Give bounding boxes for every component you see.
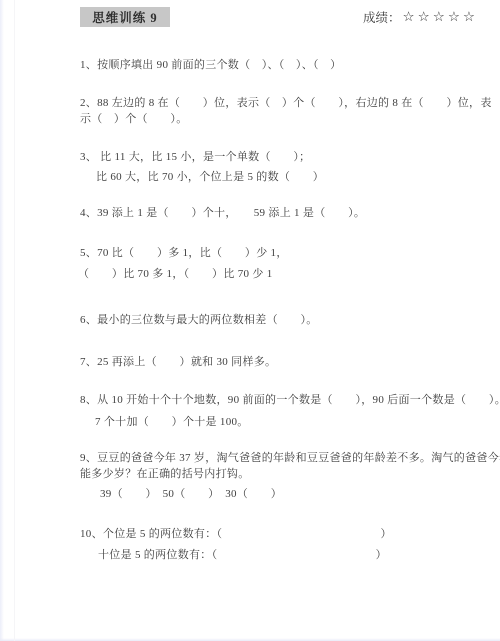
- question-10-line-2: 十位是 5 的两位数有：（ ）: [98, 548, 387, 562]
- score-label: 成绩：: [363, 8, 401, 26]
- scan-edge-left: [0, 0, 4, 641]
- score-area: 成绩：☆☆☆☆☆: [363, 8, 478, 26]
- question-10-line-1: 10、个位是 5 的两位数有：（ ）: [80, 527, 392, 541]
- question-3-line-1: 3、 比 11 大，比 15 小，是一个单数（ ）；: [80, 150, 310, 164]
- question-2-line-1: 2、88 左边的 8 在（ ）位，表示（ ）个（ ），右边的 8 在（ ）位，表: [80, 96, 492, 110]
- question-9-line-1: 9、豆豆的爸爸今年 37 岁，淘气爸爸的年龄和豆豆爸爸的年龄差不多。淘气的爸爸今…: [80, 451, 500, 465]
- question-8-line-1: 8、从 10 开始十个十个地数，90 前面的一个数是（ ），90 后面一个数是（…: [80, 393, 500, 407]
- question-4-line-1: 4、39 添上 1 是（ ）个十， 59 添上 1 是（ ）。: [80, 206, 365, 220]
- question-1-line-1: 1、按顺序填出 90 前面的三个数（ ）、（ ）、（ ）: [80, 58, 341, 72]
- question-9-line-2: 能多少岁？在正确的括号内打钩。: [80, 467, 250, 481]
- question-3-line-2: 比 60 大，比 70 小，个位上是 5 的数（ ）: [96, 170, 324, 184]
- question-5-line-1: 5、70 比（ ）多 1，比（ ）少 1，: [80, 246, 288, 260]
- question-5-line-2: （ ）比 70 多 1，（ ）比 70 少 1: [78, 267, 273, 281]
- scan-fold-line: [14, 0, 15, 641]
- worksheet-title: 思维训练 9: [92, 8, 157, 26]
- question-9-line-3: 39（ ） 50（ ） 30（ ）: [100, 487, 282, 501]
- question-6-line-1: 6、最小的三位数与最大的两位数相差（ ）。: [80, 313, 318, 327]
- question-7-line-1: 7、25 再添上（ ）就和 30 同样多。: [80, 355, 276, 369]
- worksheet-page: { "header": { "title": "思维训练 9", "score_…: [0, 0, 500, 641]
- score-stars: ☆☆☆☆☆: [403, 9, 479, 25]
- question-8-line-2: 7 个十加（ ）个十是 100。: [95, 415, 249, 429]
- question-2-line-2: 示（ ）个（ ）。: [80, 112, 188, 126]
- worksheet-title-box: 思维训练 9: [80, 7, 170, 27]
